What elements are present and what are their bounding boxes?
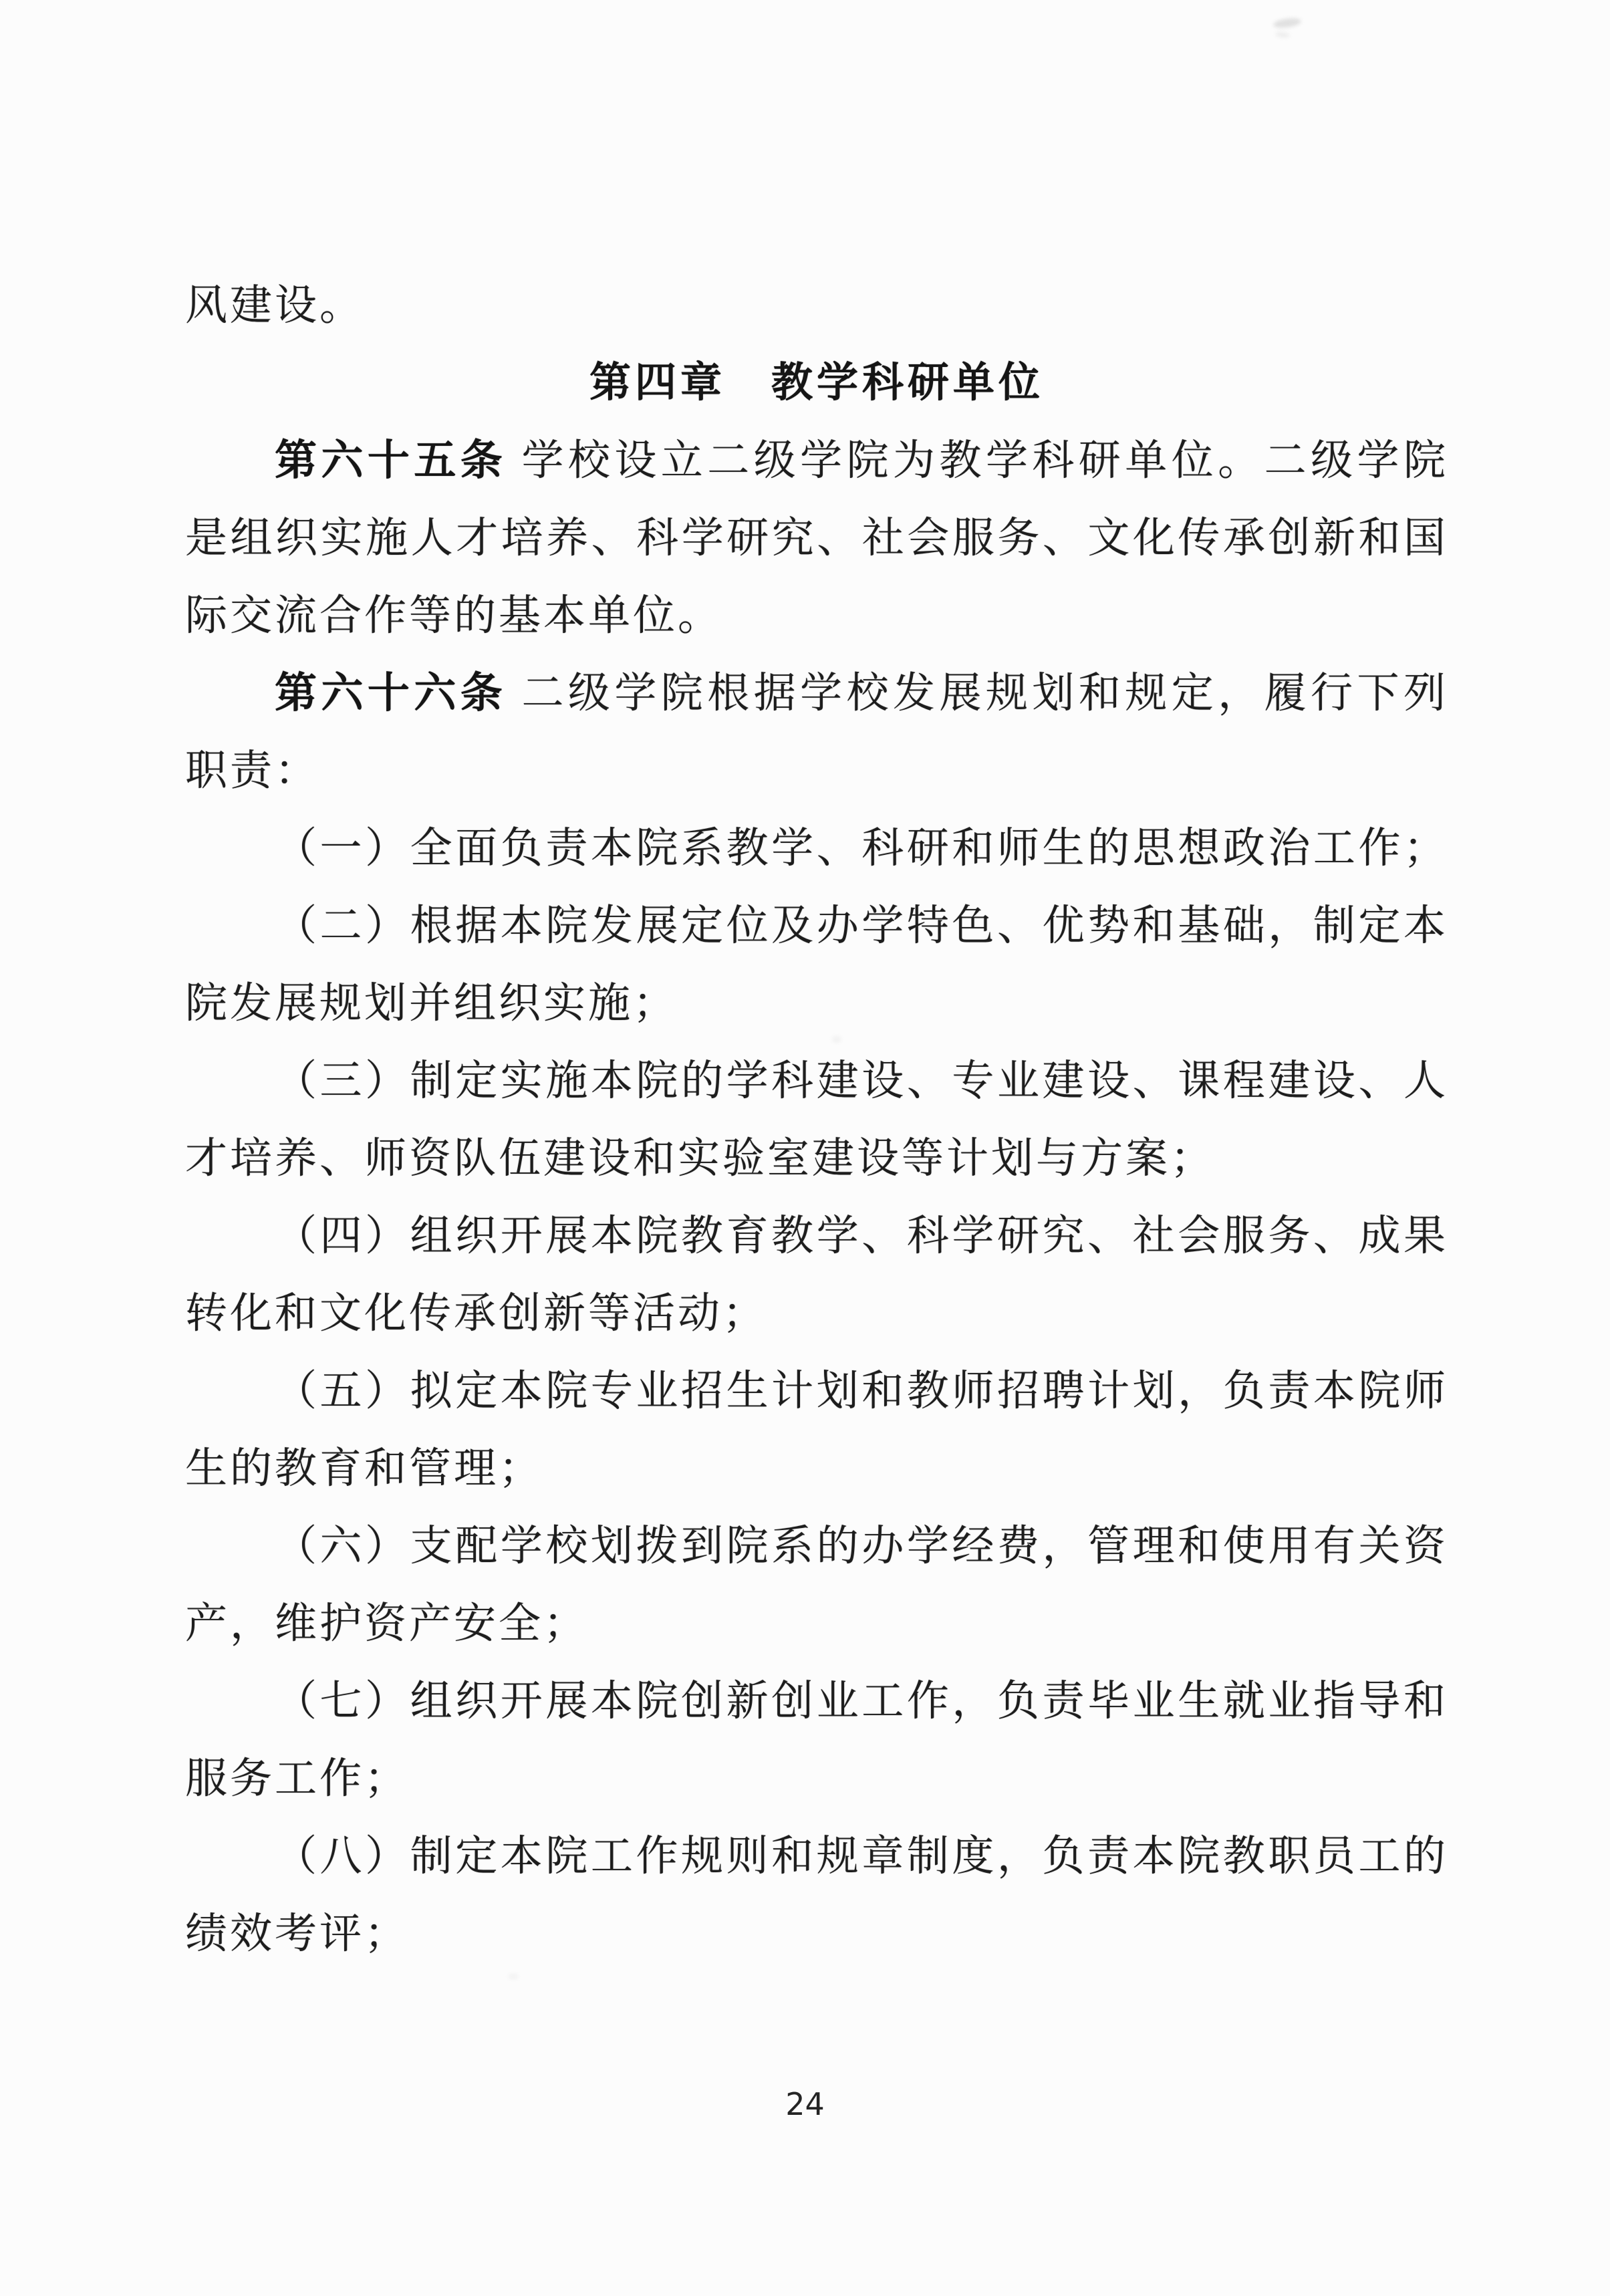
text-segment: 转化和文化传承创新等活动； (185, 1290, 767, 1337)
text-segment: 产，维护资产安全； (185, 1600, 588, 1647)
text-segment: 院发展规划并组织实施； (185, 980, 678, 1027)
text-segment: 二级学院根据学校发展规划和规定，履行下列 (507, 670, 1448, 717)
text-line-6: 第六十六条 二级学院根据学校发展规划和规定，履行下列 (185, 654, 1448, 732)
text-line-15: （五）拟定本院专业招生计划和教师招聘计划，负责本院师 (185, 1352, 1448, 1430)
text-line-19: （七）组织开展本院创新创业工作，负责毕业生就业指导和 (185, 1662, 1448, 1740)
document-content: 风建设。第四章 教学科研单位第六十五条 学校设立二级学院为教学科研单位。二级学院… (185, 267, 1448, 1972)
text-segment: （四）组织开展本院教育教学、科学研究、社会服务、成果 (275, 1213, 1448, 1259)
text-line-4: 是组织实施人才培养、科学研究、社会服务、文化传承创新和国 (185, 499, 1448, 577)
text-line-22: 绩效考评； (185, 1895, 1448, 1972)
text-segment: （五）拟定本院专业招生计划和教师招聘计划，负责本院师 (275, 1368, 1448, 1414)
article-number: 第六十五条 (275, 437, 507, 484)
text-segment: 绩效考评； (185, 1910, 409, 1957)
text-line-16: 生的教育和管理； (185, 1430, 1448, 1507)
text-line-11: （三）制定实施本院的学科建设、专业建设、课程建设、人 (185, 1042, 1448, 1120)
text-segment: 学校设立二级学院为教学科研单位。二级学院 (507, 437, 1448, 484)
text-segment: （七）组织开展本院创新创业工作，负责毕业生就业指导和 (275, 1678, 1448, 1725)
article-number: 第六十六条 (275, 670, 507, 717)
scan-smudge (1272, 17, 1301, 29)
text-segment: 风建设。 (185, 282, 364, 329)
text-line-5: 际交流合作等的基本单位。 (185, 577, 1448, 654)
text-segment: 生的教育和管理； (185, 1445, 543, 1492)
text-segment: 职责： (185, 747, 319, 794)
text-line-14: 转化和文化传承创新等活动； (185, 1275, 1448, 1352)
text-line-18: 产，维护资产安全； (185, 1585, 1448, 1662)
text-segment: 才培养、师资队伍建设和实验室建设等计划与方案； (185, 1135, 1215, 1182)
text-line-21: （八）制定本院工作规则和规章制度，负责本院教职员工的 (185, 1817, 1448, 1895)
text-segment: （六）支配学校划拨到院系的办学经费，管理和使用有关资 (275, 1523, 1448, 1569)
text-line-20: 服务工作； (185, 1740, 1448, 1817)
text-line-13: （四）组织开展本院教育教学、科学研究、社会服务、成果 (185, 1197, 1448, 1275)
text-segment: （一）全面负责本院系教学、科研和师生的思想政治工作； (275, 825, 1448, 872)
scan-smudge (1275, 31, 1291, 38)
text-line-10: 院发展规划并组织实施； (185, 965, 1448, 1042)
text-line-9: （二）根据本院发展定位及办学特色、优势和基础，制定本 (185, 887, 1448, 965)
text-segment: 际交流合作等的基本单位。 (185, 592, 722, 639)
text-segment: 第四章 教学科研单位 (589, 360, 1044, 406)
text-line-1: 风建设。 (185, 267, 1448, 344)
page-number: 24 (0, 2087, 1610, 2122)
text-line-3: 第六十五条 学校设立二级学院为教学科研单位。二级学院 (185, 422, 1448, 499)
document-page: 风建设。第四章 教学科研单位第六十五条 学校设立二级学院为教学科研单位。二级学院… (0, 0, 1610, 2296)
text-segment: 服务工作； (185, 1755, 409, 1802)
text-segment: （八）制定本院工作规则和规章制度，负责本院教职员工的 (275, 1833, 1448, 1880)
text-line-8: （一）全面负责本院系教学、科研和师生的思想政治工作； (185, 809, 1448, 887)
text-line-17: （六）支配学校划拨到院系的办学经费，管理和使用有关资 (185, 1507, 1448, 1585)
text-segment: 是组织实施人才培养、科学研究、社会服务、文化传承创新和国 (185, 515, 1448, 561)
chapter-heading: 第四章 教学科研单位 (185, 344, 1448, 422)
text-line-12: 才培养、师资队伍建设和实验室建设等计划与方案； (185, 1120, 1448, 1197)
text-segment: （二）根据本院发展定位及办学特色、优势和基础，制定本 (275, 902, 1448, 949)
text-line-7: 职责： (185, 732, 1448, 809)
text-segment: （三）制定实施本院的学科建设、专业建设、课程建设、人 (275, 1057, 1448, 1104)
scan-smudge (508, 1973, 519, 1980)
